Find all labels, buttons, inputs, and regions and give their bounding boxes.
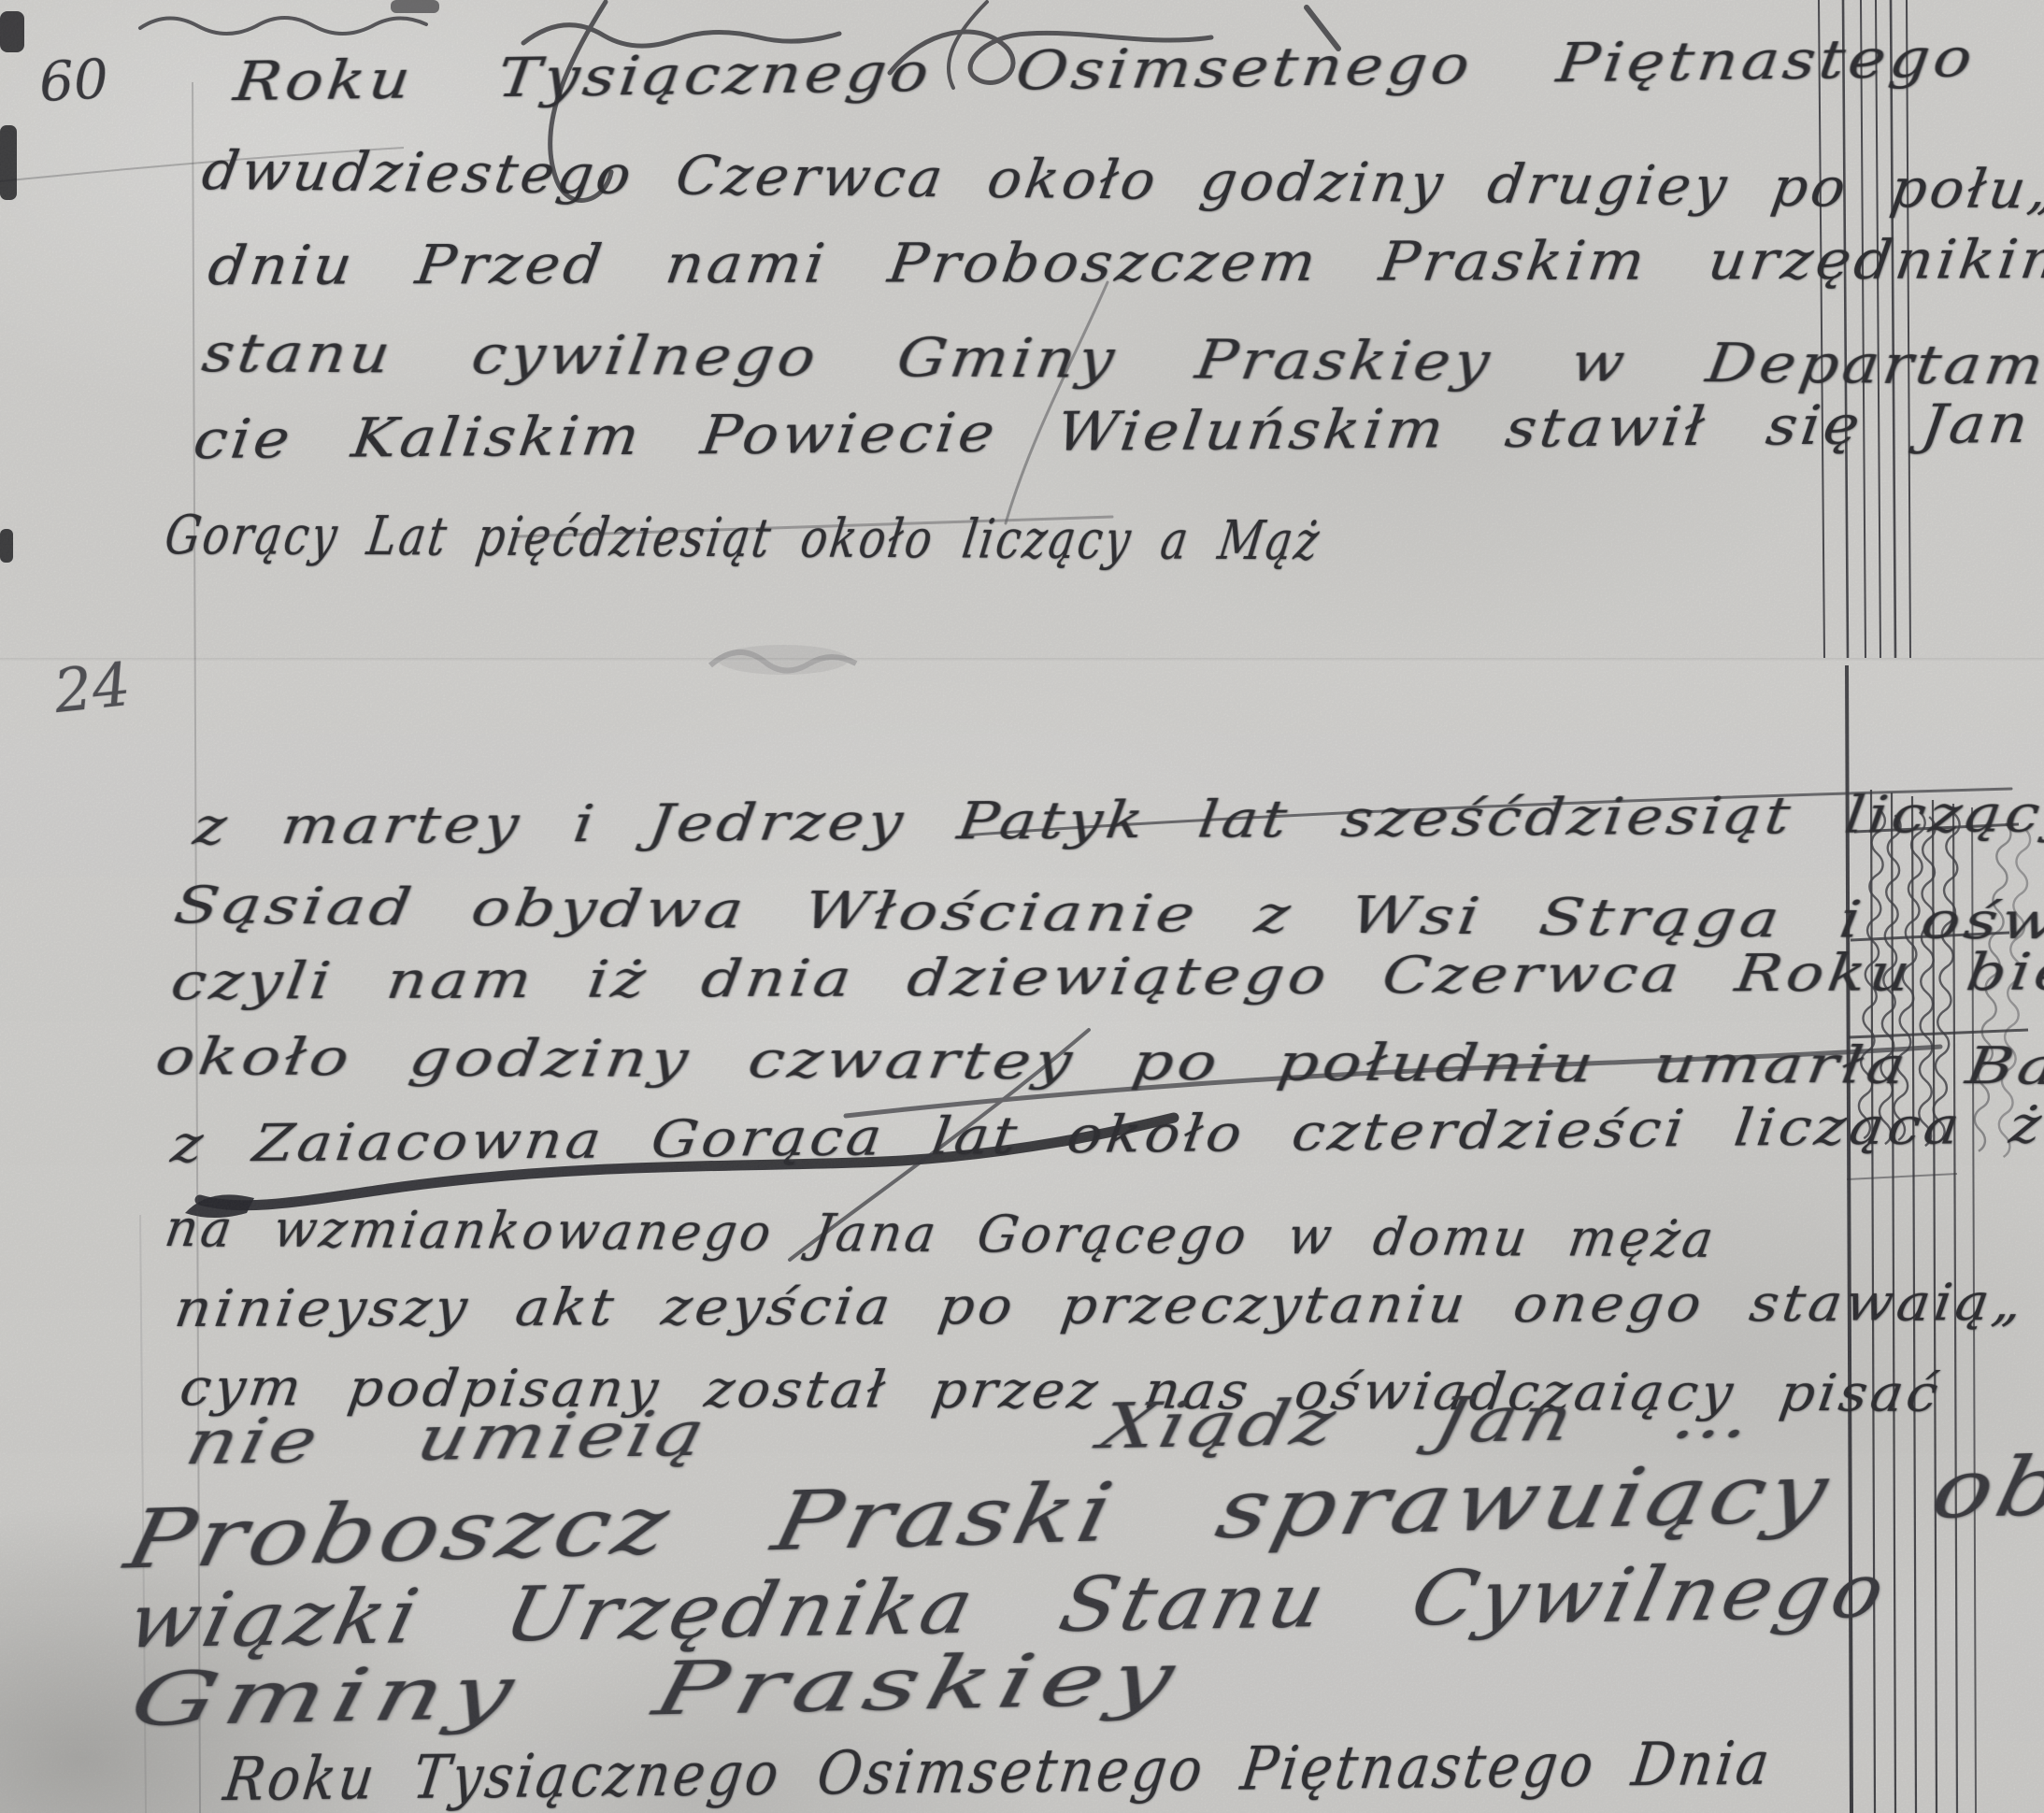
entry-number-bottom: 24 bbox=[50, 650, 134, 727]
entry-number-top: 60 bbox=[37, 47, 109, 114]
record-top-line-3: dniu Przed nami Proboszczem Praskim urzę… bbox=[205, 229, 2044, 297]
record-top-line-5: cie Kaliskim Powiecie Wieluńskim stawił … bbox=[190, 393, 2035, 471]
record-bottom-line-1: z martey i Jedrzey Patyk lat sześćdziesi… bbox=[190, 783, 2044, 856]
cutoff-last-line: Roku Tysiącznego Osimsetnego Piętnastego… bbox=[220, 1730, 1776, 1813]
ruled-lines-top bbox=[1819, 0, 1910, 658]
record-bottom-line-4: około godziny czwartey po południu umarł… bbox=[152, 1026, 2044, 1097]
record-top-line-1: Roku Tysiącznego Osimsetnego Piętnastego… bbox=[231, 23, 2044, 113]
document-scan-page: 60 24 Roku Tysiącznego Osimsetnego Piętn… bbox=[0, 0, 2044, 1813]
record-top-line-2: dwudziestego Czerwca około godziny drugi… bbox=[198, 140, 2044, 221]
record-bottom-line-3: czyli nam iż dnia dziewiątego Czerwca Ro… bbox=[167, 940, 2044, 1011]
record-bottom-line-2: Sąsiad obydwa Włościanie z Wsi Strąga i … bbox=[170, 875, 2044, 952]
record-bottom-line-6: na wzmiankowanego Jana Gorącego w domu m… bbox=[162, 1198, 1721, 1269]
record-bottom-line-7: ninieyszy akt zeyścia po przeczytaniu on… bbox=[171, 1272, 2029, 1338]
record-bottom-line-5: z Zaiacowna Gorąca lat około czterdzieśc… bbox=[168, 1093, 2044, 1174]
record-top-line-4: stanu cywilnego Gminy Praskiey w Departa… bbox=[198, 322, 2044, 398]
scan-seam bbox=[0, 658, 2044, 662]
record-top-line-6: Gorący Lat pięćdziesiąt około liczący a … bbox=[161, 505, 1325, 572]
